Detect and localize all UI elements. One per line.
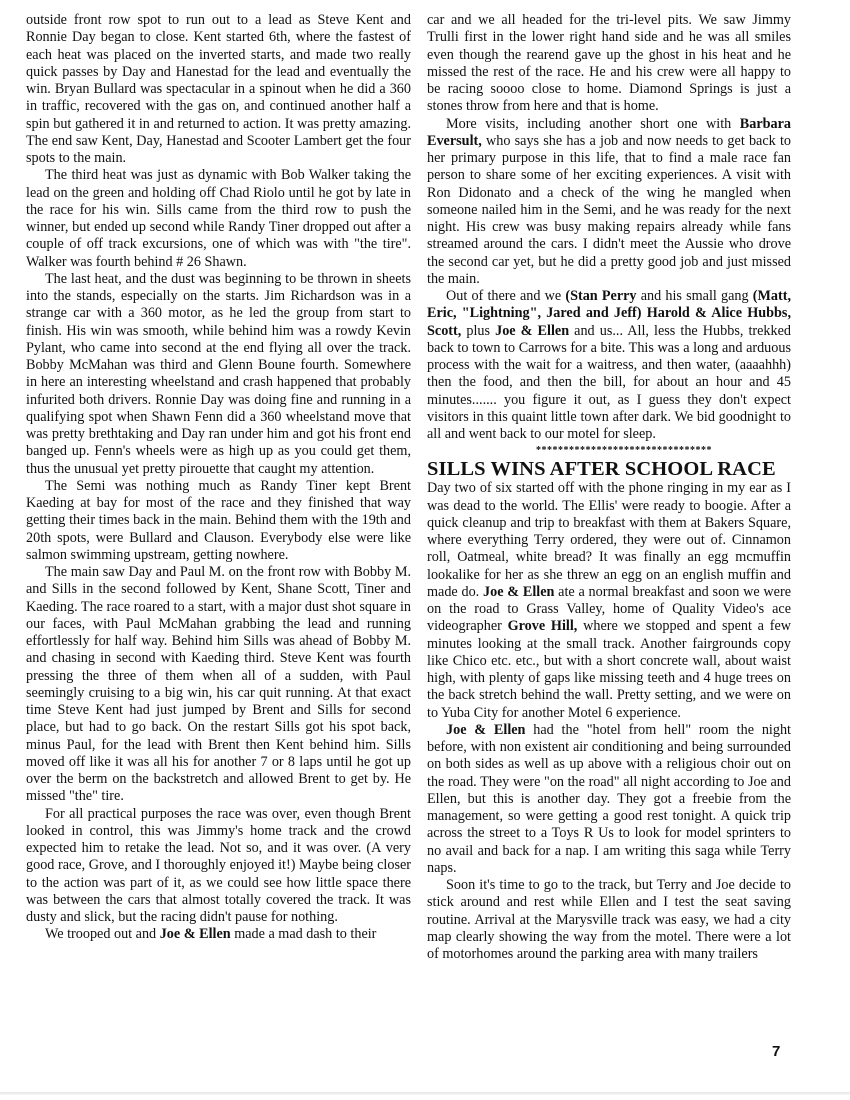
bold-name: Joe & Ellen — [446, 722, 525, 738]
right-column: car and we all headed for the tri-level … — [427, 12, 791, 963]
paragraph: The last heat, and the dust was beginnin… — [26, 271, 411, 478]
paragraph: We trooped out and Joe & Ellen made a ma… — [26, 926, 411, 943]
paragraph-text: made a mad dash to their — [231, 926, 377, 942]
paragraph-text: The last heat, and the dust was beginnin… — [26, 271, 411, 477]
paragraph-text: Day two of six started off with the phon… — [427, 480, 791, 600]
paragraph-text: The Semi was nothing much as Randy Tiner… — [26, 478, 411, 563]
magazine-page: outside front row spot to run out to a l… — [0, 0, 850, 1100]
bold-name: Grove Hill, — [508, 618, 578, 634]
paragraph: Out of there and we (Stan Perry and his … — [427, 288, 791, 443]
paragraph-text: had the "hotel from hell" room the night… — [427, 722, 791, 876]
paragraph-text: and us... All, less the Hubbs, trekked b… — [427, 323, 791, 443]
bold-name: Joe & Ellen — [160, 926, 231, 942]
left-column: outside front row spot to run out to a l… — [26, 12, 411, 944]
paragraph: The main saw Day and Paul M. on the fron… — [26, 564, 411, 806]
paragraph-text: The third heat was just as dynamic with … — [26, 167, 411, 269]
paragraph: Day two of six started off with the phon… — [427, 480, 791, 722]
paragraph: Joe & Ellen had the "hotel from hell" ro… — [427, 722, 791, 877]
paragraph-text: The main saw Day and Paul M. on the fron… — [26, 564, 411, 804]
bold-name: Joe & Ellen — [495, 323, 569, 339]
page-bottom-edge — [0, 1092, 850, 1095]
paragraph-text: We trooped out and — [45, 926, 160, 942]
bold-name: Joe & Ellen — [483, 584, 554, 600]
paragraph: The third heat was just as dynamic with … — [26, 167, 411, 271]
bold-name: (Stan Perry — [565, 288, 636, 304]
asterisk-separator: ******************************** — [457, 444, 791, 458]
paragraph-text: plus — [461, 323, 495, 339]
paragraph-text: and his small gang — [637, 288, 753, 304]
paragraph-text: Soon it's time to go to the track, but T… — [427, 877, 791, 962]
paragraph: car and we all headed for the tri-level … — [427, 12, 791, 116]
paragraph: The Semi was nothing much as Randy Tiner… — [26, 478, 411, 564]
paragraph-text: outside front row spot to run out to a l… — [26, 12, 411, 166]
section-heading: SILLS WINS AFTER SCHOOL RACE — [427, 458, 791, 480]
paragraph: For all practical purposes the race was … — [26, 806, 411, 927]
paragraph-text: who says she has a job and now needs to … — [427, 133, 791, 287]
paragraph-text: car and we all headed for the tri-level … — [427, 12, 791, 114]
paragraph: Soon it's time to go to the track, but T… — [427, 877, 791, 963]
paragraph: outside front row spot to run out to a l… — [26, 12, 411, 167]
paragraph-text: Out of there and we — [446, 288, 565, 304]
paragraph-text: For all practical purposes the race was … — [26, 806, 411, 926]
page-number: 7 — [772, 1043, 780, 1060]
paragraph: More visits, including another short one… — [427, 116, 791, 289]
paragraph-text: More visits, including another short one… — [446, 116, 740, 132]
